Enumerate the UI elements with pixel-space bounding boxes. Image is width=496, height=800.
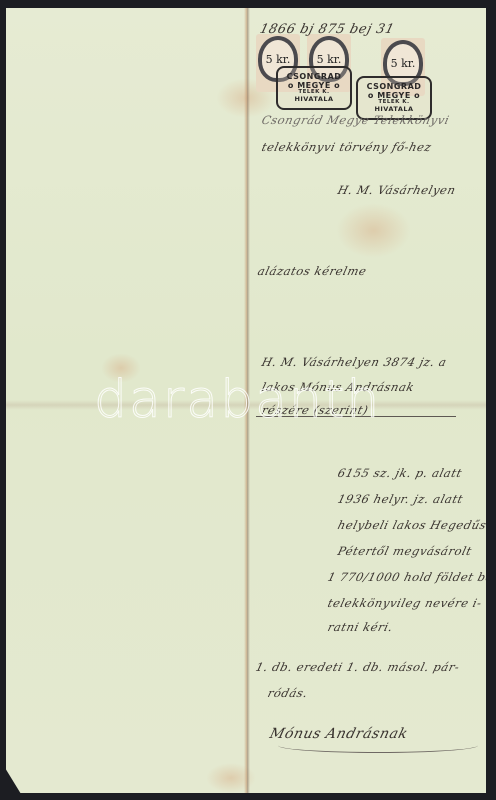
header-reference: 1866 bj 875 bej 31 — [258, 22, 396, 37]
cancel-line: HIVATALA — [374, 106, 413, 113]
text-line: 6155 sz. jk. p. alatt — [336, 466, 463, 480]
text-line: ratni kéri. — [326, 620, 394, 634]
text-line: 1 770/1000 hold földet be — [326, 570, 495, 584]
stamp-value: 5 kr. — [391, 57, 416, 70]
watermark: darabanth — [94, 370, 381, 430]
document-sheet: 5 kr. 5 kr. 5 kr. CSONGRAD o MEGYE o TEL… — [6, 8, 486, 793]
text-line: helybeli lakos Hegedűs — [336, 518, 488, 532]
text-line: telekkönyvileg nevére i- — [326, 596, 483, 610]
text-line: H. M. Vásárhelyen 3874 jz. a — [260, 355, 448, 369]
stamp-value: 5 kr. — [317, 53, 342, 66]
signature-flourish — [278, 738, 478, 753]
text-line: ródás. — [266, 686, 309, 700]
text-line: telekkönyvi törvény fő-hez — [260, 140, 433, 154]
cancellation-mark: CSONGRAD o MEGYE o TELEK K. HIVATALA — [276, 66, 352, 110]
text-line: Csongrád Megye Telekkönyvi — [260, 113, 451, 127]
text-line: 1936 helyr. jz. alatt — [336, 492, 465, 506]
cancel-line: HIVATALA — [294, 96, 333, 103]
text-line: alázatos kérelme — [256, 264, 368, 278]
stamp-value: 5 kr. — [266, 53, 291, 66]
text-line: 1. db. eredeti 1. db. másol. pár- — [254, 660, 461, 674]
text-line: Pétertől megvásárolt — [336, 544, 473, 558]
text-line: H. M. Vásárhelyen — [336, 183, 457, 197]
